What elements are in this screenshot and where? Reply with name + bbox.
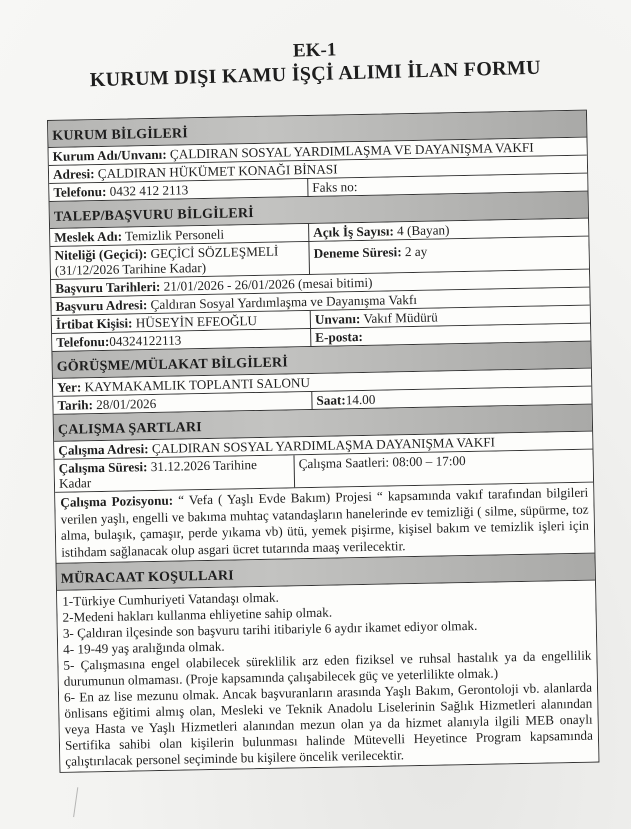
irtibat-telefon-value: 04324122113 <box>109 332 181 348</box>
saat-value: 14.00 <box>346 392 376 408</box>
deneme-value: 2 ay <box>405 244 428 259</box>
field-label: Telefonu: <box>56 334 109 350</box>
nitelik-value: GEÇİCİ SÖZLEŞMELİ <box>150 244 278 261</box>
tarih-value: 28/01/2026 <box>96 396 156 412</box>
irtibat-value: HÜSEYİN EFEOĞLU <box>136 313 258 330</box>
field-label: Açık İş Sayısı: <box>313 223 394 240</box>
condition-item: 6- En az lise mezunu olmak. Ancak başvur… <box>64 680 593 770</box>
meslek-value: Temizlik Personeli <box>125 227 224 244</box>
telefon-value: 0432 412 2113 <box>110 182 189 199</box>
field-label: Deneme Süresi: <box>313 244 401 261</box>
field-label: Çalışma Adresi: <box>58 441 149 458</box>
document-header: EK-1 KURUM DIŞI KAMU İŞÇİ ALIMI İLAN FOR… <box>59 33 570 93</box>
scan-mark <box>73 787 118 822</box>
field-label: Çalışma Saatleri: <box>299 454 390 471</box>
calisma-saatleri-value: 08:00 – 17:00 <box>392 453 466 469</box>
announcement-form: KURUM BİLGİLERİ Kurum Adı/Unvanı: ÇALDIR… <box>47 110 599 773</box>
field-label: Tarih: <box>57 397 93 413</box>
adres-value: ÇALDIRAN HÜKÜMET KONAĞI BİNASI <box>98 161 338 181</box>
field-label: Çalışma Pozisyonu: <box>60 493 173 510</box>
field-label: Adresi: <box>53 166 95 182</box>
field-label: Başvuru Tarihleri: <box>55 279 160 296</box>
conditions-list: 1-Türkiye Cumhuriyeti Vatandaşı olmak. 2… <box>57 581 598 772</box>
section-heading: MÜRACAAT KOŞULLARI <box>57 568 238 589</box>
field-label: Kurum Adı/Unvanı: <box>53 147 167 164</box>
scanned-page: EK-1 KURUM DIŞI KAMU İŞÇİ ALIMI İLAN FOR… <box>0 0 631 829</box>
yer-value: KAYMAKAMLIK TOPLANTI SALONU <box>84 375 310 394</box>
field-label: İrtibat Kişisi: <box>56 315 133 331</box>
field-label: Başvuru Adresi: <box>55 297 147 314</box>
field-label: Saat: <box>316 392 346 408</box>
unvan-value: Vakıf Müdürü <box>363 310 438 326</box>
field-label: Çalışma Süresi: <box>59 459 148 476</box>
field-label: Faks no: <box>312 179 357 195</box>
basvuru-tarihleri-value: 21/01/2026 - 26/01/2026 (mesai bitimi) <box>164 275 373 294</box>
acik-is-value: 4 (Bayan) <box>397 222 450 238</box>
row-kosullar: 1-Türkiye Cumhuriyeti Vatandaşı olmak. 2… <box>57 581 598 772</box>
row-calisma-pozisyonu: Çalışma Pozisyonu: “ Vefa ( Yaşlı Evde B… <box>55 483 594 564</box>
field-label: Unvanı: <box>315 311 361 327</box>
field-label: Telefonu: <box>53 184 106 200</box>
nitelik-note: (31/12/2026 Tarihine Kadar) <box>55 260 206 278</box>
field-label: Meslek Adı: <box>54 229 122 245</box>
field-label: E-posta: <box>315 329 363 345</box>
field-label: Yer: <box>57 379 81 394</box>
section-heading: ÇALIŞMA ŞARTLARI <box>54 420 206 441</box>
section-heading: KURUM BİLGİLERİ <box>48 126 192 147</box>
